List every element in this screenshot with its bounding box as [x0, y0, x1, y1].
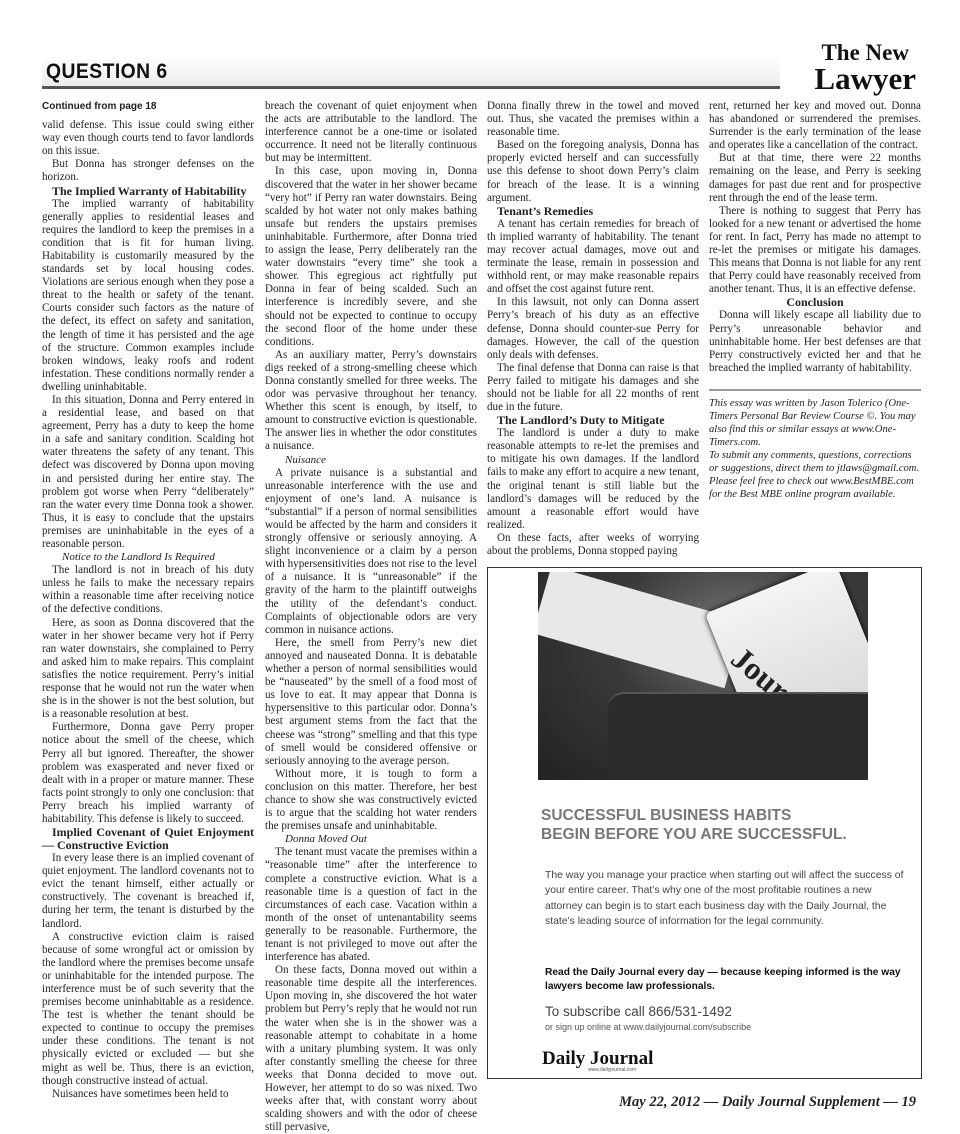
subheading: Notice to the Landlord Is Required — [42, 551, 254, 564]
author-credit: This essay was written by Jason Tolerico… — [709, 397, 921, 449]
paragraph: Here, as soon as Donna discovered that t… — [42, 617, 254, 722]
paragraph: The implied warranty of habitability gen… — [42, 198, 254, 394]
paragraph: Furthermore, Donna gave Perry proper not… — [42, 721, 254, 826]
briefcase-flap — [608, 692, 868, 780]
subscribe-url-link[interactable]: or sign up online at www.dailyjournal.co… — [545, 1022, 751, 1032]
briefcase-newspaper-photo: Journal — [538, 572, 868, 780]
paragraph: Based on the foregoing analysis, Donna h… — [487, 139, 699, 204]
ad-call-to-action: Read the Daily Journal every day — becau… — [545, 966, 905, 993]
section-heading: Tenant’s Remedies — [487, 205, 699, 218]
publication-logo: The New Lawyer — [814, 42, 916, 93]
paragraph: In every lease there is an implied coven… — [42, 852, 254, 931]
logo-line-2: Lawyer — [814, 64, 916, 93]
article-column-1: Continued from page 18 valid defense. Th… — [42, 100, 254, 1101]
section-heading: The Landlord’s Duty to Mitigate — [487, 414, 699, 427]
continued-label: Continued from page 18 — [42, 100, 254, 113]
paragraph: valid defense. This issue could swing ei… — [42, 119, 254, 158]
paragraph: Donna finally threw in the towel and mov… — [487, 100, 699, 139]
article-column-4: rent, returned her key and moved out. Do… — [709, 100, 921, 501]
paragraph: Without more, it is tough to form a conc… — [265, 768, 477, 833]
paragraph: A tenant has certain remedies for breach… — [487, 218, 699, 297]
section-heading: The Implied Warranty of Habitability — [42, 185, 254, 198]
daily-journal-advertisement[interactable]: Journal SUCCESSFUL BUSINESS HABITS BEGIN… — [487, 567, 922, 1079]
paragraph: But Donna has stronger defenses on the h… — [42, 158, 254, 184]
paragraph: On these facts, Donna moved out within a… — [265, 964, 477, 1134]
page-footer: May 22, 2012 — Daily Journal Supplement … — [619, 1094, 916, 1111]
paragraph: On these facts, after weeks of worrying … — [487, 532, 699, 558]
ad-headline-line-1: SUCCESSFUL BUSINESS HABITS — [541, 806, 847, 825]
section-title: QUESTION 6 — [46, 60, 168, 84]
ad-headline-line-2: BEGIN BEFORE YOU ARE SUCCESSFUL. — [541, 825, 847, 844]
paragraph: In this situation, Donna and Perry enter… — [42, 394, 254, 551]
article-column-2: breach the covenant of quiet enjoyment w… — [265, 100, 477, 1134]
paragraph: breach the covenant of quiet enjoyment w… — [265, 100, 477, 165]
paragraph: In this lawsuit, not only can Donna asse… — [487, 296, 699, 361]
conclusion-heading: Conclusion — [709, 296, 921, 309]
paragraph: But at that time, there were 22 months r… — [709, 152, 921, 204]
paragraph: The final defense that Donna can raise i… — [487, 362, 699, 414]
logo-url: www.dailyjournal.com — [588, 1067, 636, 1073]
article-column-3: Donna finally threw in the towel and mov… — [487, 100, 699, 558]
paragraph: Nuisances have sometimes been held to — [42, 1088, 254, 1101]
contact-note: To submit any comments, questions, corre… — [709, 449, 921, 501]
paragraph: Here, the smell from Perry’s new diet an… — [265, 637, 477, 768]
paragraph: In this case, upon moving in, Donna disc… — [265, 165, 477, 348]
section-header-bar: QUESTION 6 — [42, 56, 780, 89]
divider — [709, 389, 921, 391]
paragraph: Donna will likely escape all liability d… — [709, 309, 921, 374]
paragraph: There is nothing to suggest that Perry h… — [709, 205, 921, 297]
subscribe-phone: To subscribe call 866/531-1492 — [545, 1004, 732, 1019]
paragraph: As an auxiliary matter, Perry’s downstai… — [265, 349, 477, 454]
paragraph: The landlord is under a duty to make rea… — [487, 427, 699, 532]
paragraph: A constructive eviction claim is raised … — [42, 931, 254, 1088]
section-heading: Implied Covenant of Quiet Enjoyment — Co… — [42, 826, 254, 852]
paragraph: The tenant must vacate the premises with… — [265, 846, 477, 964]
subheading: Nuisance — [265, 454, 477, 467]
paragraph: rent, returned her key and moved out. Do… — [709, 100, 921, 152]
paragraph: The landlord is not in breach of his dut… — [42, 564, 254, 616]
ad-headline: SUCCESSFUL BUSINESS HABITS BEGIN BEFORE … — [541, 806, 847, 844]
paragraph: A private nuisance is a substantial and … — [265, 467, 477, 637]
subheading: Donna Moved Out — [265, 833, 477, 846]
ad-body-text: The way you manage your practice when st… — [545, 868, 905, 930]
